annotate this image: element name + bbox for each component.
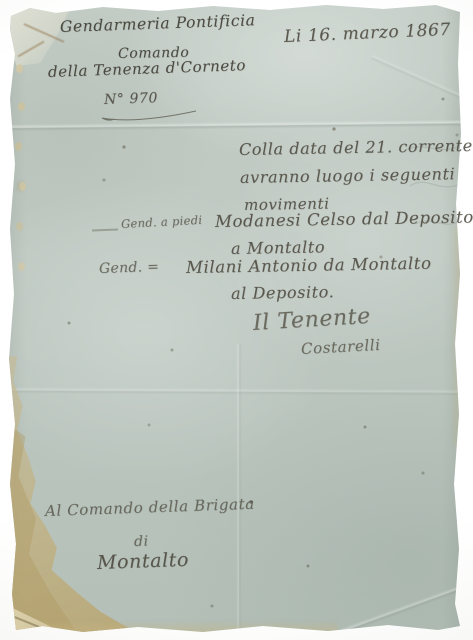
movement-2-prefix: Gend. = — [99, 259, 160, 277]
protocol-number: N° 970 — [104, 90, 159, 108]
fold-crease-horizontal-top — [8, 120, 465, 132]
stain-bottom-strip — [8, 620, 338, 634]
fold-crease-horizontal-middle — [8, 387, 465, 396]
body-line-1: Colla data del 21. corrente — [239, 136, 473, 159]
fold-crease-vertical-center — [236, 344, 242, 634]
foxing-specks — [8, 4, 10, 6]
stain-right-edge — [450, 226, 465, 446]
address-line-2: di — [134, 533, 149, 550]
body-line-2: avranno luogo i seguenti — [240, 164, 456, 187]
crease-diagonal-top-right — [371, 54, 465, 101]
crease-diagonal-bottom-right — [341, 580, 473, 634]
address-line-3: Montalto — [97, 549, 190, 574]
torn-corner-top-left — [8, 8, 70, 66]
edge-chips-left — [16, 64, 23, 73]
number-underline-flourish — [100, 108, 200, 122]
letter-paper — [8, 4, 465, 634]
letter-photo: Gendarmeria Pontificia Comando della Ten… — [0, 0, 473, 640]
movement-2-destination: al Deposito. — [231, 282, 335, 303]
